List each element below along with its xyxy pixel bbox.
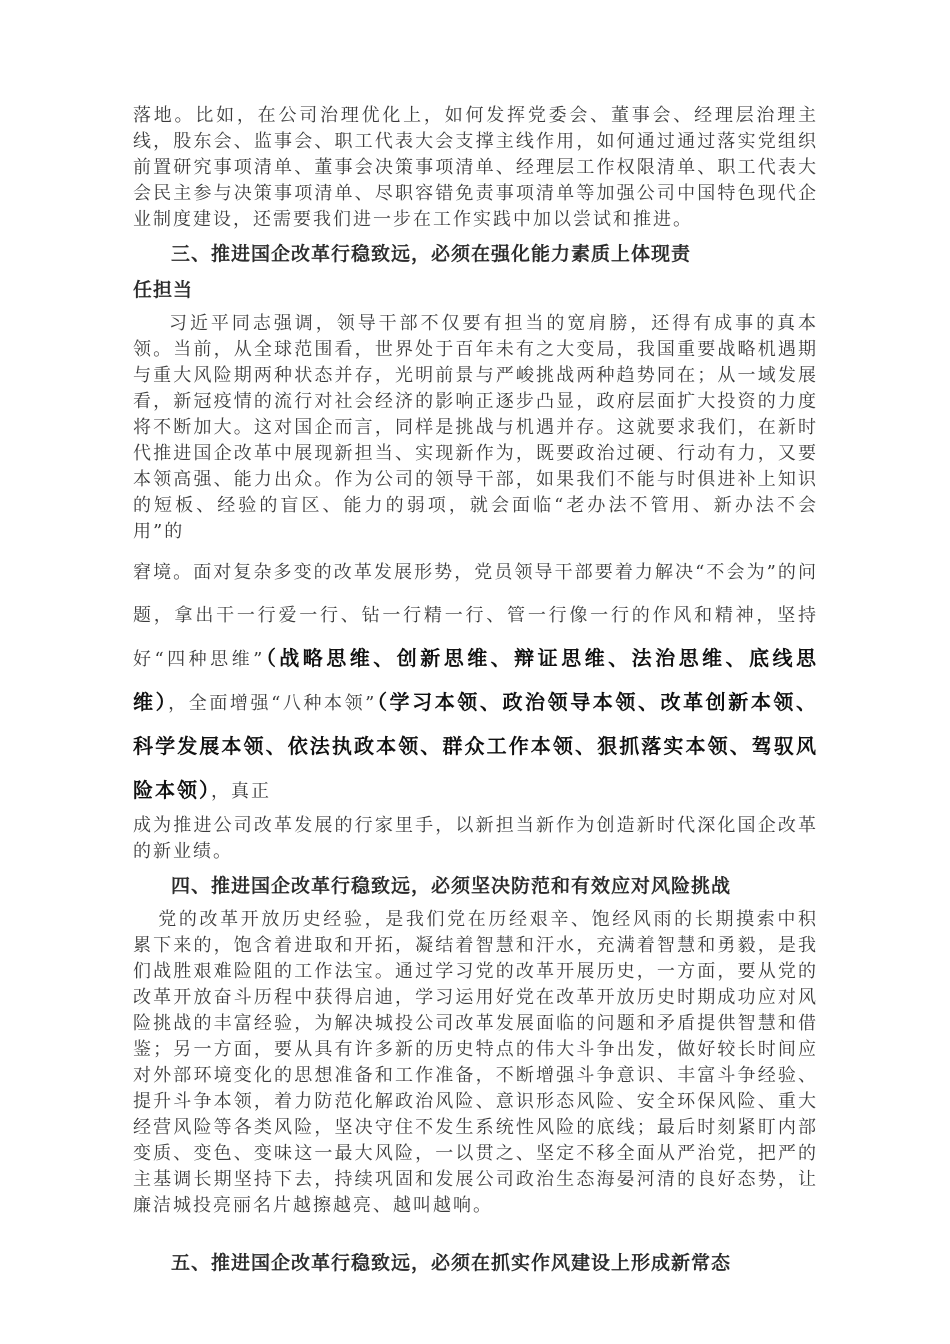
paragraph-governance-continuation: 落地。比如，在公司治理优化上，如何发挥党委会、董事会、经理层治理主线，股东会、监… — [133, 103, 818, 233]
paragraph-capability-part-3: 成为推进公司改革发展的行家里手，以新担当新作为创造新时代深化国企改革的新业绩。 — [133, 813, 818, 865]
heading-section-three: 三、推进国企改革行稳致远，必须在强化能力素质上体现责任担当 — [133, 236, 695, 308]
paragraph-capability-part-2: 窘境。面对复杂多变的改革发展形势，党员领导干部要着力解决“不会为”的问题，拿出干… — [133, 551, 818, 813]
text-run: ，真正 — [211, 781, 271, 802]
text-run: ，全面增强“八种本领” — [168, 693, 376, 714]
paragraph-risk-prevention: 党的改革开放历史经验，是我们党在历经艰辛、饱经风雨的长期摸索中积累下来的，饱含着… — [133, 907, 818, 1219]
heading-section-five: 五、推进国企改革行稳致远，必须在抓实作风建设上形成新常态 — [133, 1245, 818, 1281]
heading-section-four: 四、推进国企改革行稳致远，必须坚决防范和有效应对风险挑战 — [133, 868, 818, 904]
document-page: 落地。比如，在公司治理优化上，如何发挥党委会、董事会、经理层治理主线，股东会、监… — [0, 0, 950, 1344]
paragraph-capability-part-1: 习近平同志强调，领导干部不仅要有担当的宽肩膀，还得有成事的真本领。当前，从全球范… — [133, 311, 818, 545]
